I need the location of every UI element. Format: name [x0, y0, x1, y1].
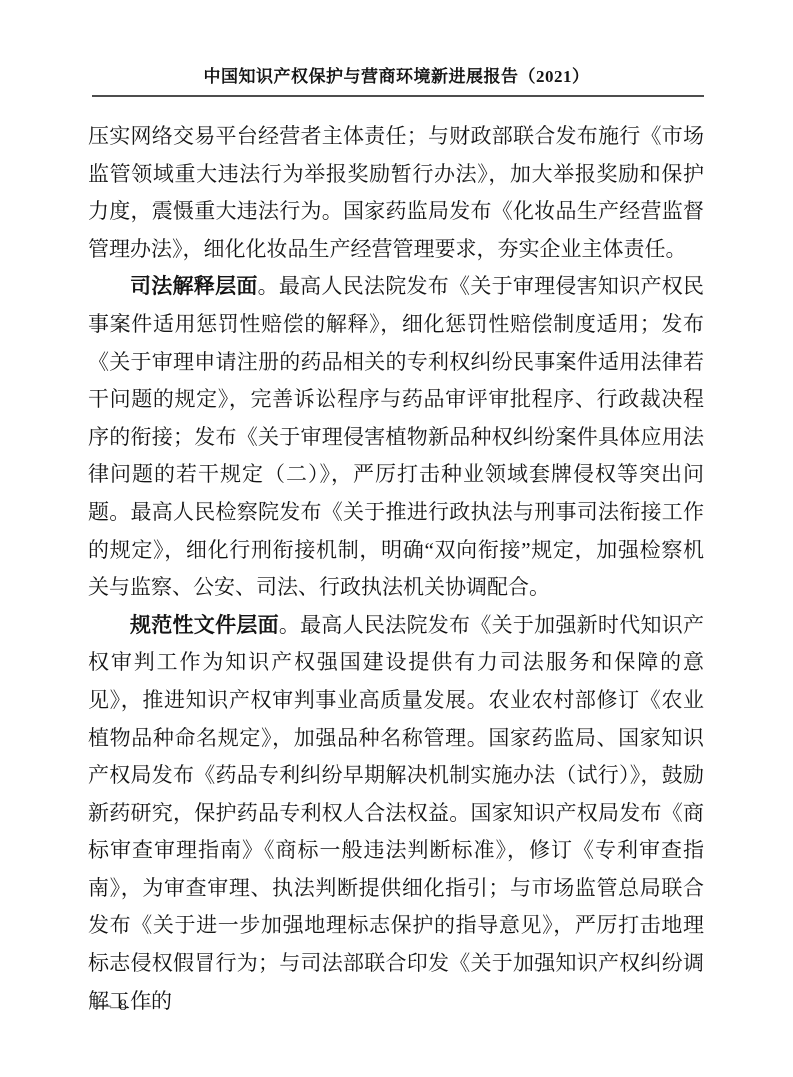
document-page: 中国知识产权保护与营商环境新进展报告（2021） 压实网络交易平台经营者主体责任… — [0, 0, 793, 1077]
paragraph: 规范性文件层面。最高人民法院发布《关于加强新时代知识产权审判工作为知识产权强国建… — [88, 607, 704, 1021]
paragraph: 司法解释层面。最高人民法院发布《关于审理侵害知识产权民事案件适用惩罚性赔偿的解释… — [88, 268, 704, 606]
page-body: 压实网络交易平台经营者主体责任；与财政部联合发布施行《市场监管领域重大违法行为举… — [88, 118, 704, 1020]
page-number: — 8 — — [95, 997, 153, 1015]
paragraph-lead: 规范性文件层面 — [130, 613, 279, 637]
paragraph-text: 压实网络交易平台经营者主体责任；与财政部联合发布施行《市场监管领域重大违法行为举… — [88, 124, 704, 261]
paragraph-text: 。最高人民法院发布《关于审理侵害知识产权民事案件适用惩罚性赔偿的解释》，细化惩罚… — [88, 274, 704, 599]
paragraph-lead: 司法解释层面 — [130, 274, 258, 298]
paragraph: 压实网络交易平台经营者主体责任；与财政部联合发布施行《市场监管领域重大违法行为举… — [88, 118, 704, 268]
header-rule — [92, 95, 704, 97]
paragraph-text: 。最高人民法院发布《关于加强新时代知识产权审判工作为知识产权强国建设提供有力司法… — [88, 613, 704, 1013]
page-header-title: 中国知识产权保护与营商环境新进展报告（2021） — [0, 62, 793, 87]
